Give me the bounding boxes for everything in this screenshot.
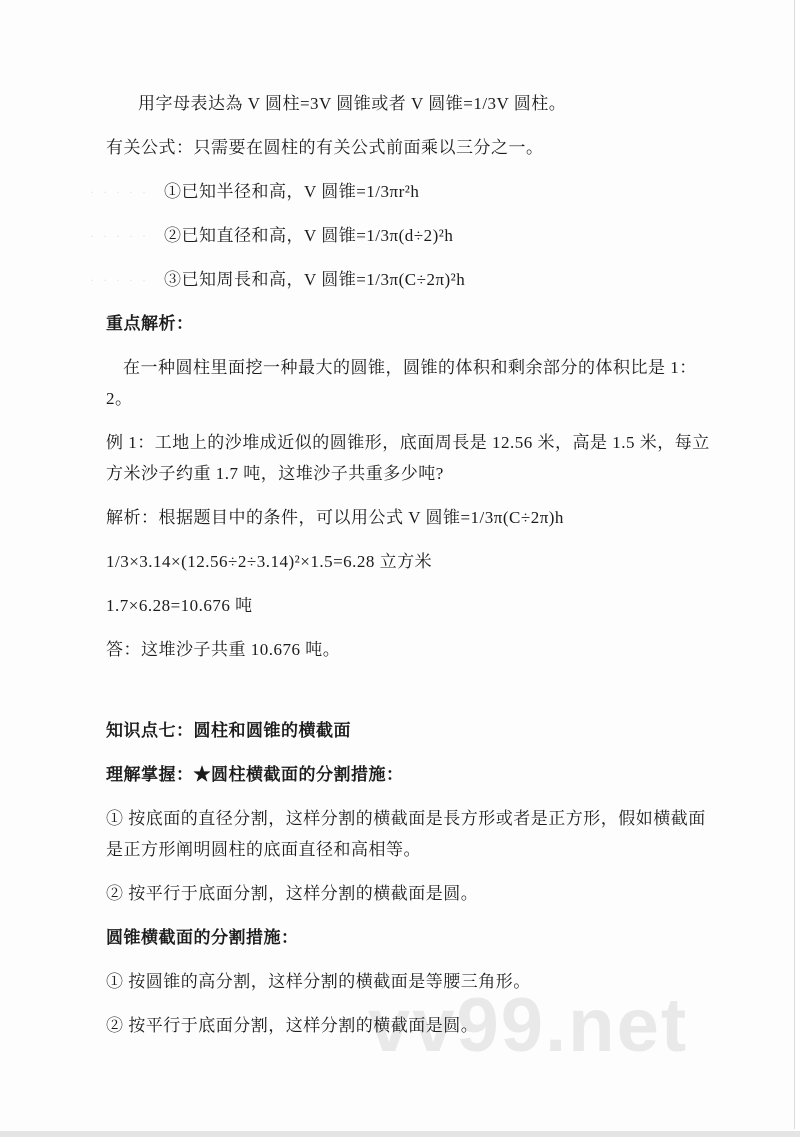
paragraph-cone-cut-1: ① 按圆锥的高分割，这样分割的横截面是等腰三角形。 — [106, 966, 720, 997]
paragraph-letter-formula: 用字母表达為 V 圆柱=3V 圆锥或者 V 圆锥=1/3V 圆柱。 — [106, 88, 720, 119]
leader-dots: · · · · · — [90, 221, 149, 252]
heading-section-7: 知识点七：圆柱和圆锥的横截面 — [106, 715, 720, 746]
heading-cone-cut: 圆锥横截面的分割措施： — [106, 922, 720, 953]
formula-item-radius: · · · · · ①已知半径和高，V 圆锥=1/3πr²h — [164, 176, 720, 207]
paragraph-calculation-1: 1/3×3.14×(12.56÷2÷3.14)²×1.5=6.28 立方米 — [106, 546, 720, 577]
heading-key-analysis: 重点解析： — [106, 308, 720, 339]
leader-dots: · · · · · — [90, 265, 149, 296]
paragraph-cylinder-cut-1: ① 按底面的直径分割，这样分割的横截面是長方形或者是正方形，假如横截面是正方形阐… — [106, 803, 720, 865]
paragraph-example1: 例 1：工地上的沙堆成近似的圆锥形，底面周長是 12.56 米，高是 1.5 米… — [106, 427, 720, 489]
formula-text: ②已知直径和高，V 圆锥=1/3π(d÷2)²h — [164, 226, 453, 245]
document-page: vv99.net 用字母表达為 V 圆柱=3V 圆锥或者 V 圆锥=1/3V 圆… — [0, 0, 800, 1137]
paragraph-grasp: 理解掌握：★圆柱横截面的分割措施： — [106, 759, 720, 790]
leader-dots: · · · · · — [90, 177, 149, 208]
formula-text: ③已知周長和高，V 圆锥=1/3π(C÷2π)²h — [164, 270, 465, 289]
paragraph-cone-cut-2: ② 按平行于底面分割，这样分割的横截面是圆。 — [106, 1010, 720, 1041]
paragraph-calculation-2: 1.7×6.28=10.676 吨 — [106, 590, 720, 621]
page-bottom-strip — [0, 1131, 800, 1137]
paragraph-cylinder-cone-ratio: 在一种圆柱里面挖一种最大的圆锥，圆锥的体积和剩余部分的体积比是 1：2。 — [106, 352, 720, 414]
formula-item-diameter: · · · · · ②已知直径和高，V 圆锥=1/3π(d÷2)²h — [164, 220, 720, 251]
paragraph-solution-intro: 解析：根据题目中的条件，可以用公式 V 圆锥=1/3π(C÷2π)h — [106, 502, 720, 533]
document-body: 用字母表达為 V 圆柱=3V 圆锥或者 V 圆锥=1/3V 圆柱。 有关公式：只… — [0, 0, 800, 1041]
formula-item-circumference: · · · · · ③已知周長和高，V 圆锥=1/3π(C÷2π)²h — [164, 264, 720, 295]
paragraph-cylinder-cut-2: ② 按平行于底面分割，这样分割的横截面是圆。 — [106, 878, 720, 909]
paragraph-related-formula: 有关公式：只需要在圆柱的有关公式前面乘以三分之一。 — [106, 132, 720, 163]
paragraph-answer: 答：这堆沙子共重 10.676 吨。 — [106, 634, 720, 665]
formula-text: ①已知半径和高，V 圆锥=1/3πr²h — [164, 182, 419, 201]
